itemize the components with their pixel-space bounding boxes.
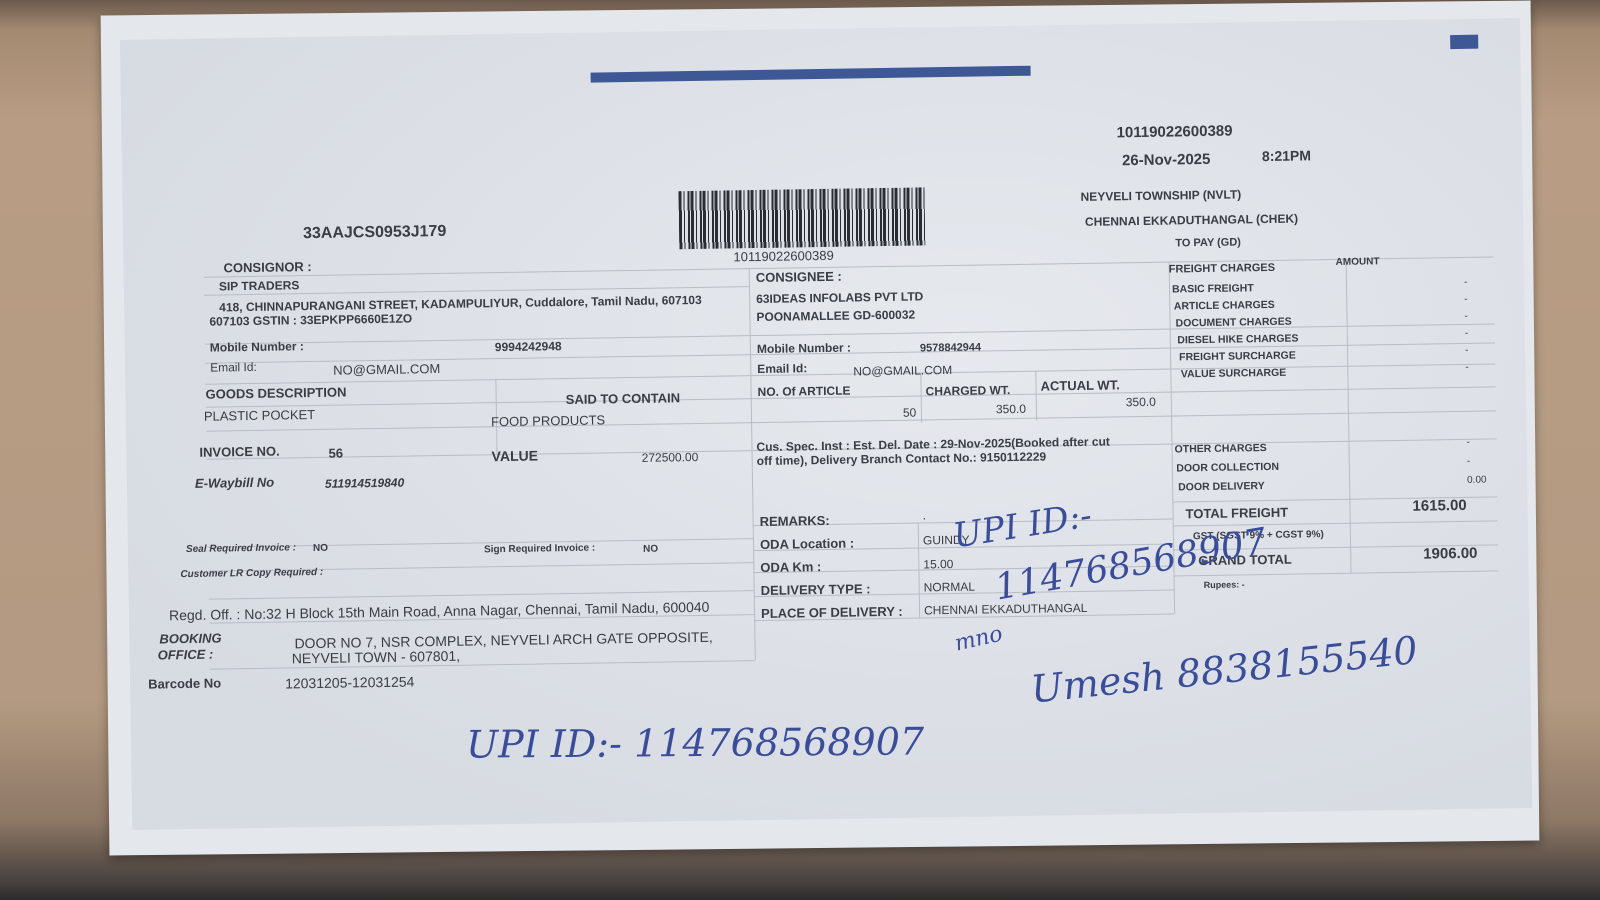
invoice-no: 56: [328, 446, 343, 461]
remarks-value: .: [922, 507, 926, 522]
ewaybill-number: 511914519840: [325, 476, 404, 491]
seal-required-label: Seal Required Invoice :: [186, 542, 296, 555]
barcode-range: 12031205-12031254: [285, 673, 414, 691]
charge-amount: 0.00: [1467, 475, 1487, 486]
consignee-mobile: 9578842944: [920, 342, 981, 355]
oda-km: 15.00: [923, 557, 953, 571]
payment-mode: TO PAY (GD): [1175, 236, 1241, 249]
articles-label: NO. Of ARTICLE: [757, 384, 850, 399]
charge-label: DOOR DELIVERY: [1178, 480, 1265, 493]
charge-amount: -: [1464, 294, 1468, 305]
brand-corner-mark: [1450, 35, 1478, 49]
charge-amount: -: [1465, 328, 1469, 339]
rupees-in-words: Rupees: -: [1204, 579, 1245, 590]
remarks-label: REMARKS:: [760, 513, 830, 529]
actual-weight: 350.0: [1126, 395, 1156, 409]
booking-office-label-2: OFFICE :: [158, 647, 214, 663]
delivery-type-label: DELIVERY TYPE :: [761, 581, 871, 598]
invoice-value-label: VALUE: [491, 447, 538, 464]
invoice-no-label: INVOICE NO.: [199, 444, 279, 460]
consignee-mobile-label: Mobile Number :: [757, 341, 851, 356]
consignee-email-label: Email Id:: [757, 361, 807, 376]
booking-office-address-2: NEYVELI TOWN - 607801,: [292, 648, 461, 667]
consignor-address: 418, CHINNAPURANGANI STREET, KADAMPULIYU…: [219, 293, 702, 315]
consignee-label: CONSIGNEE :: [756, 269, 842, 285]
said-to-contain-label: SAID TO CONTAIN: [566, 390, 681, 407]
customer-lr-copy-label: Customer LR Copy Required :: [180, 567, 323, 580]
consignee-address: POONAMALLEE GD-600032: [756, 308, 915, 324]
brand-header-bar: [591, 66, 1031, 83]
origin-branch: NEYVELI TOWNSHIP (NVLT): [1080, 187, 1241, 204]
booking-date: 26-Nov-2025: [1122, 151, 1211, 169]
charge-label: DOOR COLLECTION: [1176, 461, 1279, 475]
sign-required-value: NO: [643, 544, 658, 555]
booking-office-address: DOOR NO 7, NSR COMPLEX, NEYVELI ARCH GAT…: [294, 629, 712, 652]
charge-label: BASIC FREIGHT: [1172, 282, 1254, 295]
sign-required-label: Sign Required Invoice :: [484, 543, 595, 556]
charge-amount: -: [1464, 277, 1468, 288]
handwritten-note: mno: [952, 622, 1005, 657]
charge-label: VALUE SURCHARGE: [1181, 367, 1287, 381]
invoice-value: 272500.00: [642, 450, 699, 465]
freight-charges-header: FREIGHT CHARGES: [1169, 262, 1276, 276]
charge-label: OTHER CHARGES: [1174, 442, 1266, 455]
consignor-email-label: Email Id:: [210, 360, 257, 375]
consignee-name: 63IDEAS INFOLABS PVT LTD: [756, 289, 923, 306]
charged-weight-label: CHARGED WT.: [926, 383, 1011, 398]
total-freight-amount: 1615.00: [1412, 497, 1466, 515]
oda-km-label: ODA Km :: [760, 559, 821, 575]
consignor-label: CONSIGNOR :: [223, 259, 311, 275]
consignor-mobile: 9994242948: [495, 339, 562, 354]
barcode-graphic: [678, 187, 925, 249]
amount-header: AMOUNT: [1336, 256, 1380, 268]
charge-label: FREIGHT SURCHARGE: [1179, 350, 1296, 364]
goods-description: PLASTIC POCKET: [204, 407, 315, 424]
charge-amount: -: [1464, 311, 1468, 322]
handwritten-upi-id: UPI ID:- 114768568907: [466, 719, 924, 766]
booking-time: 8:21PM: [1262, 147, 1311, 164]
charge-label: DIESEL HIKE CHARGES: [1177, 333, 1298, 347]
charge-label: ARTICLE CHARGES: [1174, 299, 1275, 313]
destination-branch: CHENNAI EKKADUTHANGAL (CHEK): [1085, 212, 1298, 229]
total-freight-label: TOTAL FREIGHT: [1185, 505, 1288, 522]
ewaybill-label: E-Waybill No: [195, 475, 274, 491]
said-to-contain: FOOD PRODUCTS: [491, 412, 605, 429]
consignor-email: NO@GMAIL.COM: [333, 361, 440, 378]
articles-count: 50: [903, 406, 917, 420]
goods-description-label: GOODS DESCRIPTION: [205, 384, 346, 401]
charged-weight: 350.0: [996, 402, 1026, 416]
oda-location-label: ODA Location :: [760, 536, 854, 552]
charge-label: DOCUMENT CHARGES: [1175, 316, 1291, 330]
consignee-email: NO@GMAIL.COM: [853, 363, 952, 379]
consignor-mobile-label: Mobile Number :: [210, 339, 304, 354]
company-gstin: 33AAJCS0953J179: [303, 223, 446, 243]
booking-office-label: BOOKING: [159, 630, 221, 646]
grand-total-amount: 1906.00: [1423, 545, 1477, 563]
charge-amount: -: [1466, 437, 1470, 448]
actual-weight-label: ACTUAL WT.: [1040, 377, 1119, 393]
consignor-gstin: 607103 GSTIN : 33EPKPP6660E1ZO: [209, 311, 412, 328]
consignor-name: SIP TRADERS: [219, 278, 300, 293]
delivery-type: NORMAL: [924, 580, 976, 595]
handwritten-contact: Umesh 8838155540: [1029, 628, 1420, 712]
charge-amount: -: [1465, 362, 1469, 373]
handwritten-upi-label: UPI ID:-: [950, 495, 1094, 556]
seal-required-value: NO: [313, 543, 328, 554]
charge-amount: -: [1465, 345, 1469, 356]
lorry-receipt-document: 10119022600389 26-Nov-2025 8:21PM NEYVEL…: [120, 18, 1532, 830]
charge-amount: -: [1467, 456, 1471, 467]
barcode-number: 10119022600389: [733, 248, 833, 265]
place-of-delivery-label: PLACE OF DELIVERY :: [761, 604, 903, 621]
barcode-no-label: Barcode No: [148, 675, 221, 691]
lr-number: 10119022600389: [1116, 123, 1232, 142]
